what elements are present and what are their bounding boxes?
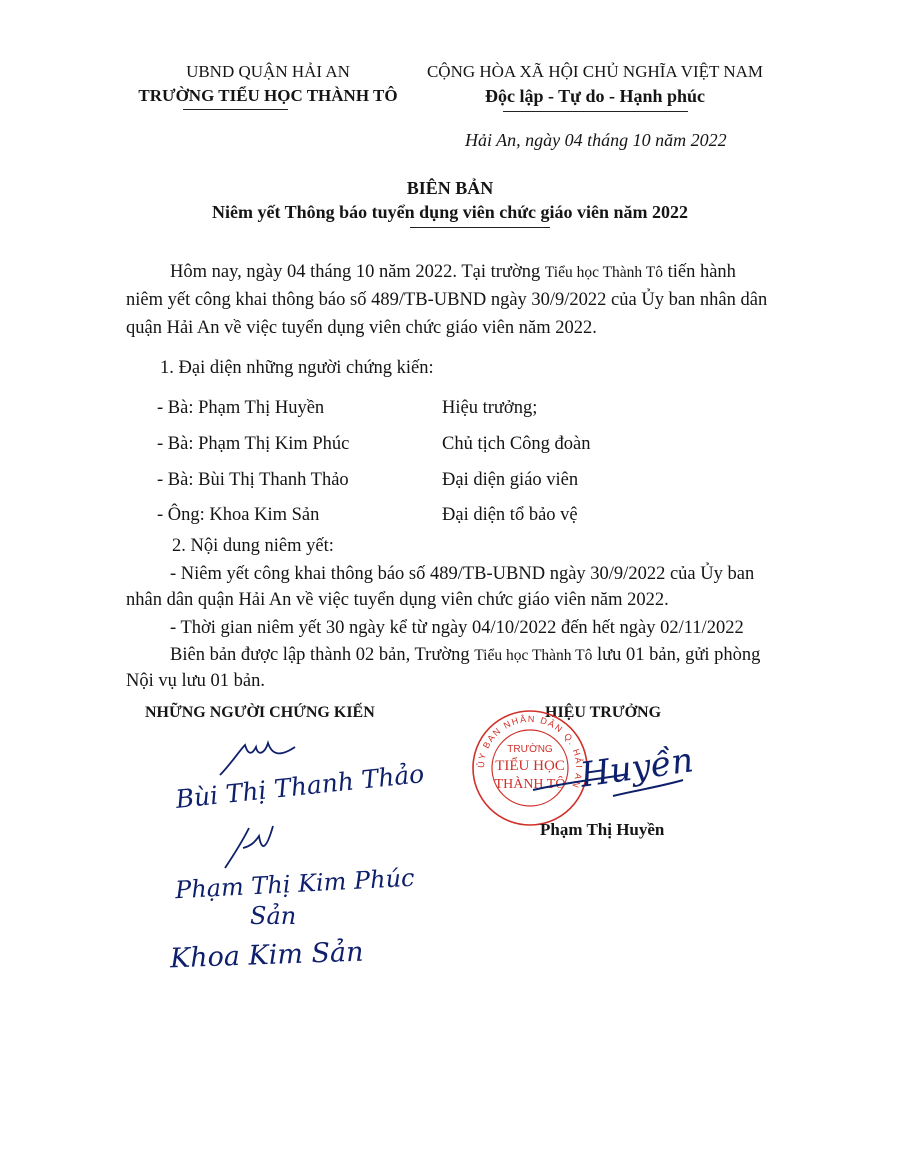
witness-name: - Bà: Phạm Thị Kim Phúc xyxy=(157,430,349,458)
witness-name: - Bà: Bùi Thị Thanh Thảo xyxy=(157,466,349,494)
closing-line1: Biên bản được lập thành 02 bản, Trường T… xyxy=(170,641,760,670)
national-motto: Độc lập - Tự do - Hạnh phúc xyxy=(410,86,780,107)
school-name-inline: Tiểu học Thành Tô xyxy=(545,264,663,281)
posting-content-line1: - Niêm yết công khai thông báo số 489/TB… xyxy=(170,560,754,588)
witnesses-heading: NHỮNG NGƯỜI CHỨNG KIẾN xyxy=(145,704,375,722)
subtitle-underline xyxy=(410,227,550,228)
place-date: Hải An, ngày 04 tháng 10 năm 2022 xyxy=(465,130,727,151)
witness-signature-mark-3: Sản xyxy=(250,902,296,930)
principal-name: Phạm Thị Huyền xyxy=(540,820,664,840)
witness-role: Chủ tịch Công đoàn xyxy=(442,430,591,458)
document-subtitle: Niêm yết Thông báo tuyển dụng viên chức … xyxy=(150,202,750,223)
intro-text: Hôm nay, ngày 04 tháng 10 năm 2022. Tại … xyxy=(170,262,545,282)
intro-paragraph-line2: niêm yết công khai thông báo số 489/TB-U… xyxy=(126,286,767,314)
document-title: BIÊN BẢN xyxy=(300,178,600,199)
section1-heading: 1. Đại diện những người chứng kiến: xyxy=(160,354,434,382)
witness-name: - Ông: Khoa Kim Sản xyxy=(157,501,319,529)
section2-heading: 2. Nội dung niêm yết: xyxy=(172,532,334,560)
closing-line2: Nội vụ lưu 01 bản. xyxy=(126,667,265,695)
posting-period: - Thời gian niêm yết 30 ngày kể từ ngày … xyxy=(170,614,744,642)
posting-content-line2: nhân dân quận Hải An về việc tuyển dụng … xyxy=(126,586,669,614)
school-name: TRƯỜNG TIỂU HỌC THÀNH TÔ xyxy=(118,86,418,106)
intro-paragraph-line1: Hôm nay, ngày 04 tháng 10 năm 2022. Tại … xyxy=(170,258,736,287)
authority-name: UBND QUẬN HẢI AN xyxy=(158,62,378,82)
closing-text-end: lưu 01 bản, gửi phòng xyxy=(592,645,760,665)
witness-role: Đại diện giáo viên xyxy=(442,466,578,494)
motto-underline xyxy=(503,111,688,112)
witness-signature-name-2: Phạm Thị Kim Phúc xyxy=(174,864,415,905)
witness-name: - Bà: Phạm Thị Huyền xyxy=(157,394,324,422)
closing-text: Biên bản được lập thành 02 bản, Trường xyxy=(170,645,474,665)
principal-signature-stroke xyxy=(528,760,688,800)
school-name-underline xyxy=(183,109,288,110)
school-name-inline-2: Tiểu học Thành Tô xyxy=(474,647,592,664)
stamp-center-line1: TRƯỜNG xyxy=(507,742,553,755)
witness-role: Hiệu trưởng; xyxy=(442,394,537,422)
witness-role: Đại diện tổ bảo vệ xyxy=(442,501,578,529)
witness-signature-mark-2 xyxy=(215,818,285,873)
country-name: CỘNG HÒA XÃ HỘI CHỦ NGHĨA VIỆT NAM xyxy=(410,62,780,82)
witness-signature-name-3: Khoa Kim Sản xyxy=(170,937,364,975)
intro-text-end: tiến hành xyxy=(663,262,736,282)
intro-paragraph-line3: quận Hải An về việc tuyển dụng viên chức… xyxy=(126,314,597,342)
